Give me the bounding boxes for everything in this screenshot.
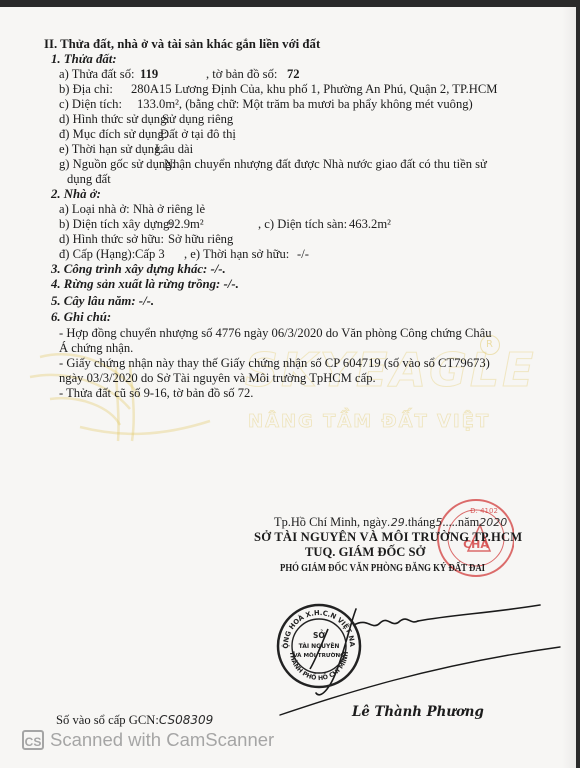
area-label: c) Diện tích: (59, 97, 122, 111)
svg-text:CỘNG HOÀ X.H.C.N VIỆT NAM: CỘNG HOÀ X.H.C.N VIỆT NAM (276, 603, 356, 649)
signer-name: Lê Thành Phương (352, 704, 484, 720)
issuing-organization: SỞ TÀI NGUYÊN VÀ MÔI TRƯỜNG TP.HCM (254, 530, 522, 545)
build-area-label: b) Diện tích xây dựng: (59, 217, 173, 231)
camscanner-badge: CS Scanned with CamScanner (22, 729, 274, 751)
authority-line: TUQ. GIÁM ĐỐC SỞ (305, 545, 425, 560)
perennial-trees: 5. Cây lâu năm: -/-. (51, 294, 154, 308)
purpose-label: đ) Mục đích sử dụng: (59, 127, 167, 141)
date-day: 29 (391, 516, 405, 529)
section-title: II. Thửa đất, nhà ở và tài sản khác gắn … (44, 37, 320, 51)
notes-heading: 6. Ghi chú: (51, 310, 111, 324)
origin-value-line2: dụng đất (67, 172, 111, 186)
production-forest: 4. Rừng sản xuất là rừng trồng: -/-. (51, 277, 239, 291)
purpose-value: Đất ở tại đô thị (160, 127, 236, 141)
parcel-label: a) Thửa đất số: (59, 67, 135, 81)
note-line: ngày 03/3/2020 do Sở Tài nguyên và Môi t… (59, 371, 376, 385)
build-area-value: 92.9m² (168, 217, 204, 231)
floor-area-value: 463.2m² (349, 217, 391, 231)
camscanner-logo-icon: CS (22, 730, 44, 750)
land-heading: 1. Thửa đất: (51, 52, 117, 66)
note-line: - Giấy chứng nhận này thay thế Giấy chứn… (59, 356, 490, 370)
city-date: Tp.Hồ Chí Minh, ngày.29.tháng5.....năm20… (274, 515, 507, 530)
year-label: năm (458, 515, 479, 529)
other-construction: 3. Công trình xây dựng khác: -/-. (51, 262, 226, 276)
ownership-label: d) Hình thức sở hữu: (59, 232, 164, 246)
house-type-value: Nhà ở riêng lẻ (133, 202, 205, 216)
note-line: Á chứng nhận. (59, 341, 133, 355)
official-seal-icon: CỘNG HOÀ X.H.C.N VIỆT NAM THÀNH PHỐ HỒ C… (276, 603, 362, 689)
map-sheet-number: 72 (287, 67, 300, 81)
registry-label: Số vào sổ cấp GCN: (56, 713, 159, 727)
origin-value-line1: Nhận chuyển nhượng đất được Nhà nước gia… (164, 157, 487, 171)
use-form-value: Sử dụng riêng (162, 112, 233, 126)
address-label: b) Địa chỉ: (59, 82, 113, 96)
own-term-value: -/- (297, 247, 309, 261)
term-label: e) Thời hạn sử dụng: (59, 142, 164, 156)
floor-area-label: , c) Diện tích sàn: (258, 217, 347, 231)
term-value: Lâu dài (155, 142, 193, 156)
city-date-prefix: Tp.Hồ Chí Minh, ngày (274, 515, 387, 529)
signer-role: PHÓ GIÁM ĐỐC VĂN PHÒNG ĐĂNG KÝ ĐẤT ĐAI (280, 563, 485, 574)
svg-text:Đ: 4102: Đ: 4102 (470, 507, 498, 515)
use-form-label: d) Hình thức sử dụng: (59, 112, 170, 126)
address-value: 280A15 Lương Định Của, khu phố 1, Phường… (131, 82, 497, 96)
grade-value: Cấp 3 (135, 247, 165, 261)
note-line: - Hợp đồng chuyển nhượng số 4776 ngày 06… (59, 326, 492, 340)
ownership-value: Sở hữu riêng (168, 232, 233, 246)
certificate-page: SKYEAGLE R NÂNG TẦM ĐẤT VIỆT II. Thửa đấ… (0, 7, 576, 768)
watermark-brand: SKYEAGLE (245, 343, 537, 397)
area-value: 133.0m², (bằng chữ: Một trăm ba mươi ba … (137, 97, 473, 111)
origin-label: g) Nguồn gốc sử dụng: (59, 157, 175, 171)
house-type-label: a) Loại nhà ở: (59, 202, 130, 216)
own-term-label: , e) Thời hạn sở hữu: (184, 247, 289, 261)
watermark-slogan: NÂNG TẦM ĐẤT VIỆT (248, 411, 490, 432)
svg-text:VÀ MÔI TRƯỜNG: VÀ MÔI TRƯỜNG (293, 652, 345, 659)
camscanner-text: Scanned with CamScanner (50, 729, 274, 751)
note-line: - Thửa đất cũ số 9-16, tờ bản đồ số 72. (59, 386, 253, 400)
grade-label: đ) Cấp (Hạng): (59, 247, 135, 261)
map-sheet-label: , tờ bản đồ số: (206, 67, 277, 81)
date-year: 2020 (479, 516, 507, 529)
registry-number: Số vào sổ cấp GCN:CS08309 (56, 713, 213, 728)
parcel-number: 119 (140, 67, 158, 81)
house-heading: 2. Nhà ở: (51, 187, 101, 201)
month-label: tháng (408, 515, 436, 529)
registry-value: CS08309 (159, 713, 213, 727)
